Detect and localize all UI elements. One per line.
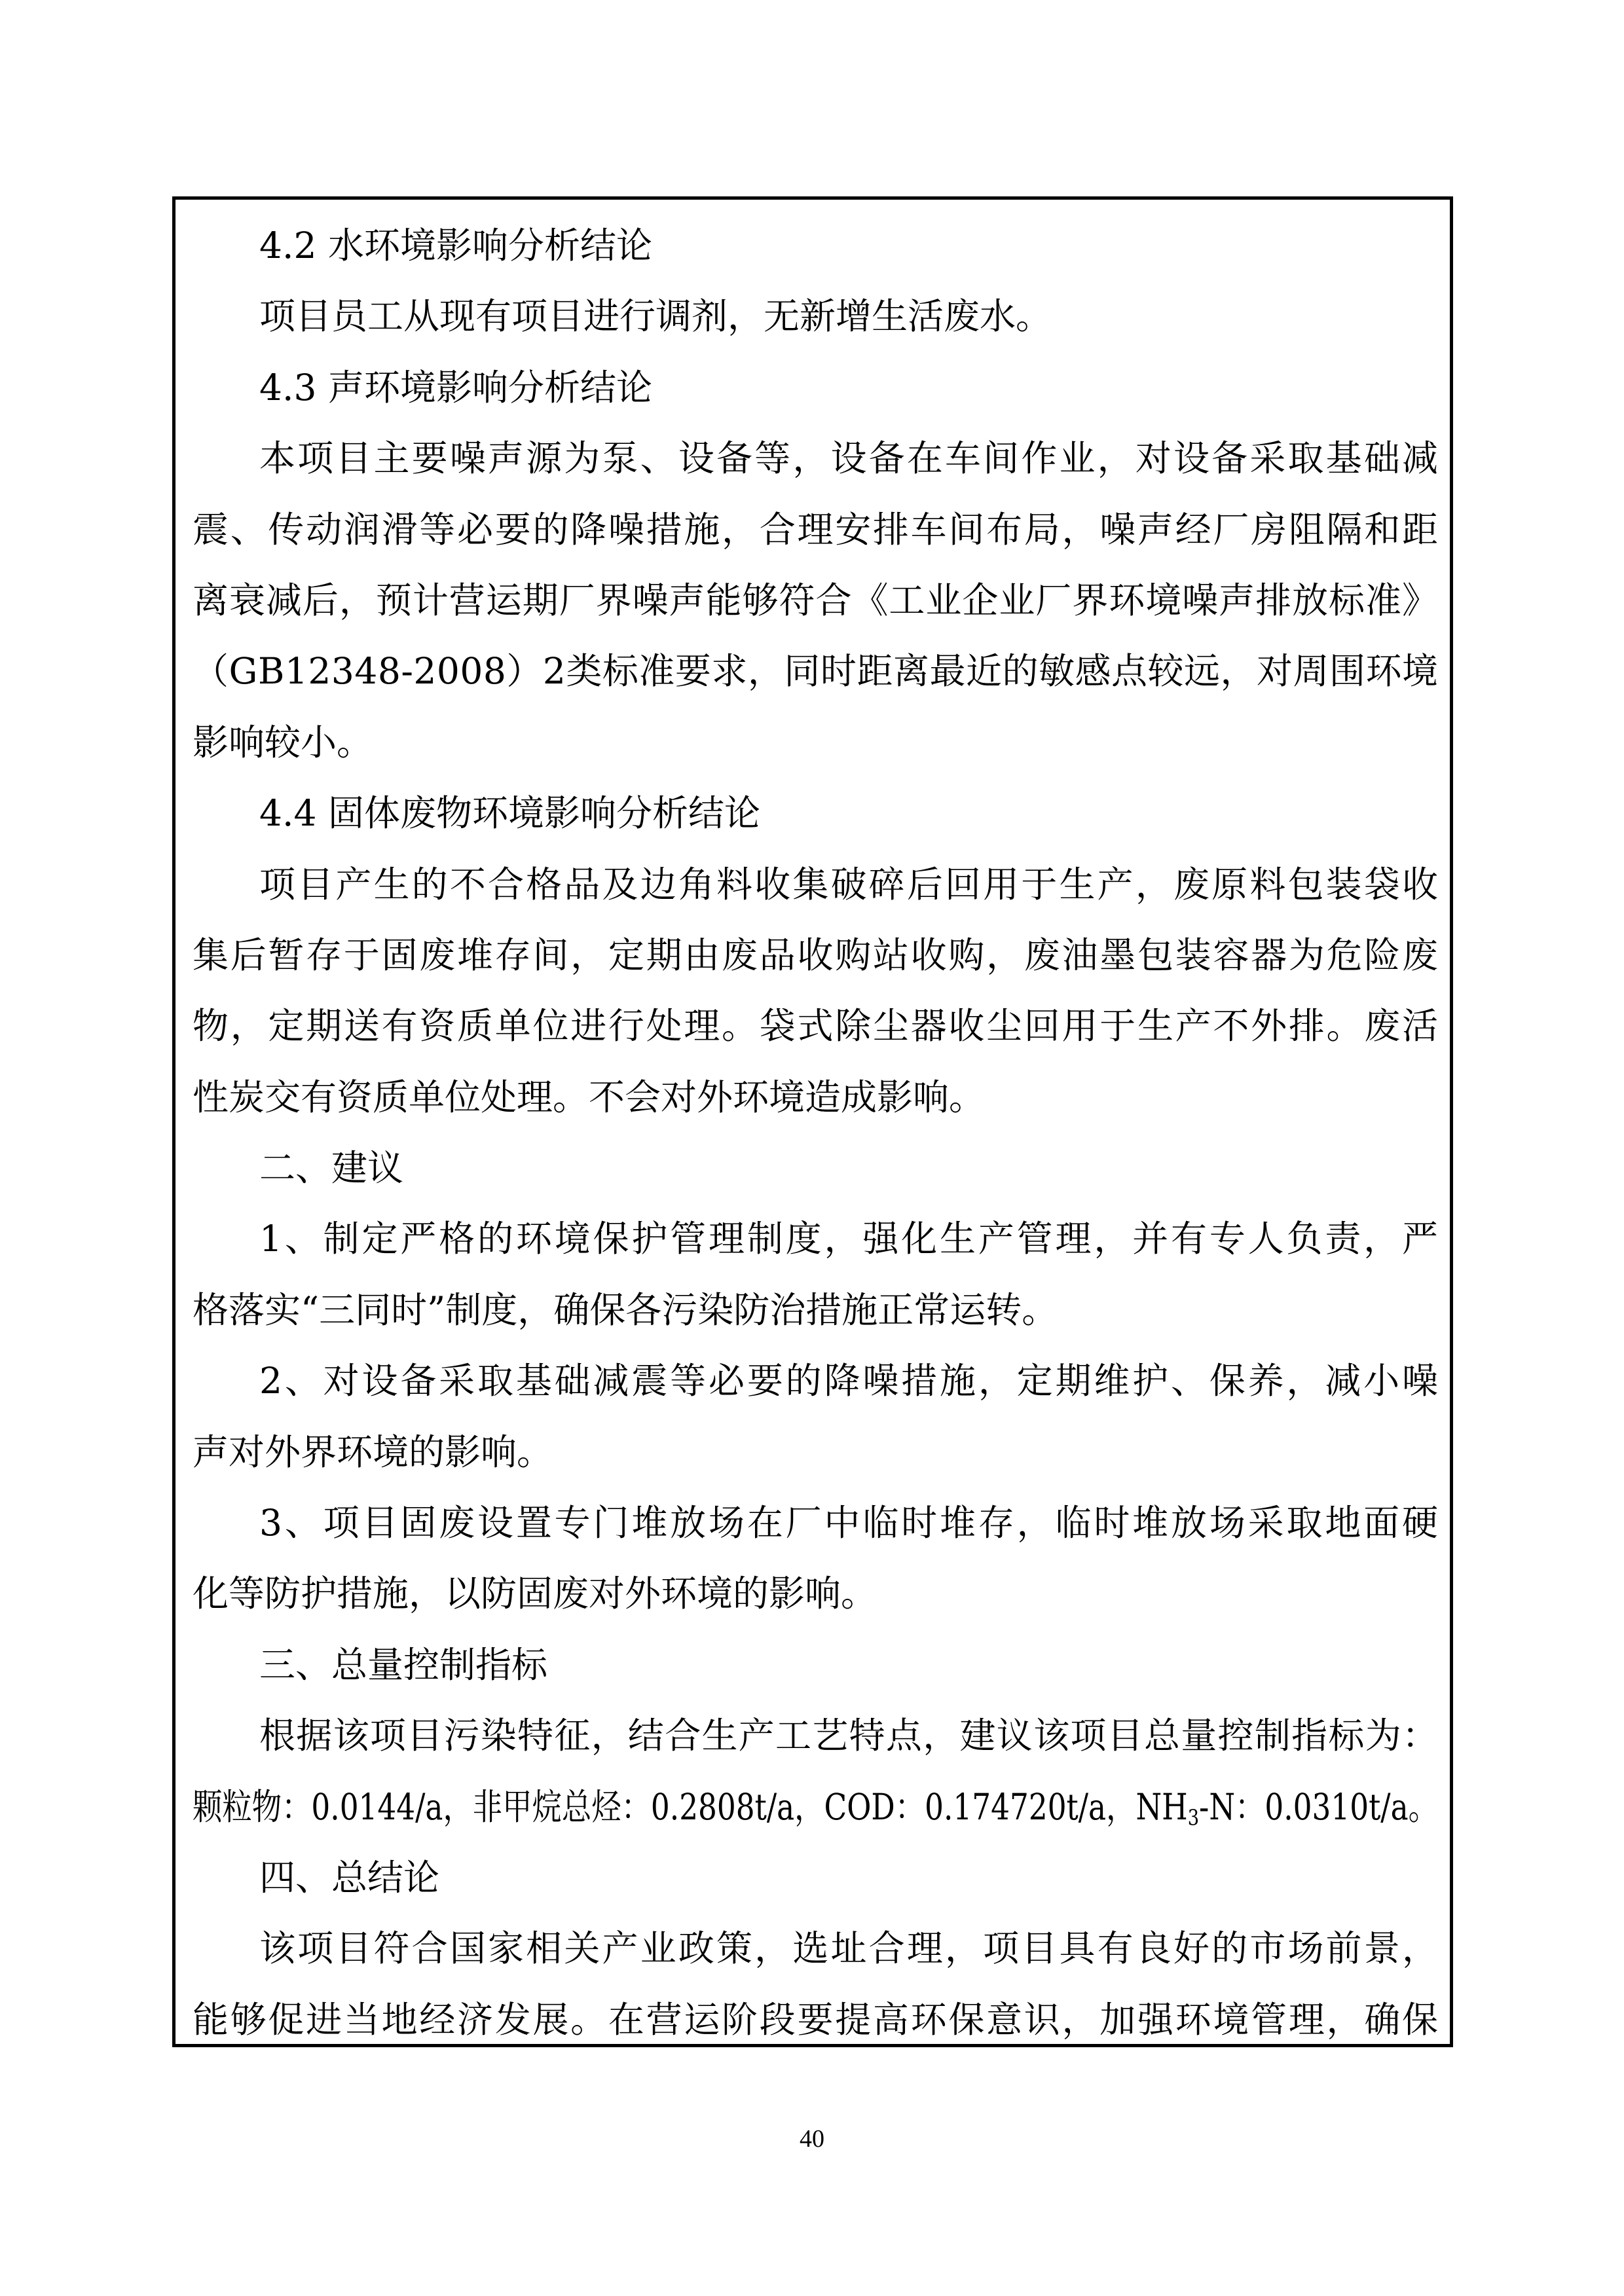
paragraph-noise-line: （GB12348-2008）2类标准要求，同时距离最近的敏感点较远，对周围环境	[193, 636, 1438, 706]
total-control-indicators: 颗粒物：0.0144/a，非甲烷总烃：0.2808t/a，COD：0.17472…	[193, 1772, 1438, 1842]
heading-4-3: 4.3 声环境影响分析结论	[193, 352, 1438, 423]
paragraph-solid-waste-line: 物，定期送有资质单位进行处理。袋式除尘器收尘回用于生产不外排。废活	[193, 991, 1438, 1061]
heading-4-2: 4.2 水环境影响分析结论	[193, 210, 1438, 281]
conclusion-line: 该项目符合国家相关产业政策，选址合理，项目具有良好的市场前景，	[193, 1913, 1438, 1984]
paragraph-noise-line: 离衰减后，预计营运期厂界噪声能够符合《工业企业厂界环境噪声排放标准》	[193, 565, 1438, 636]
paragraph-noise-line: 震、传动润滑等必要的降噪措施，合理安排车间布局，噪声经厂房阻隔和距	[193, 494, 1438, 565]
paragraph-noise-line: 本项目主要噪声源为泵、设备等，设备在车间作业，对设备采取基础减	[193, 423, 1438, 494]
paragraph-solid-waste-line: 性炭交有资质单位处理。不会对外环境造成影响。	[193, 1062, 1438, 1133]
suggestion-3-line: 化等防护措施，以防固废对外环境的影响。	[193, 1558, 1438, 1629]
suggestion-1-line: 1、制定严格的环境保护管理制度，强化生产管理，并有专人负责，严	[193, 1203, 1438, 1274]
paragraph-solid-waste-line: 集后暂存于固废堆存间，定期由废品收购站收购，废油墨包装容器为危险废	[193, 920, 1438, 991]
heading-4-4: 4.4 固体废物环境影响分析结论	[193, 778, 1438, 848]
heading-suggestions: 二、建议	[193, 1133, 1438, 1203]
heading-conclusion: 四、总结论	[193, 1842, 1438, 1913]
suggestion-3-line: 3、项目固废设置专门堆放场在厂中临时堆存，临时堆放场采取地面硬	[193, 1487, 1438, 1558]
page-number: 40	[0, 2124, 1624, 2153]
paragraph-noise-line: 影响较小。	[193, 707, 1438, 778]
conclusion-line: 能够促进当地经济发展。在营运阶段要提高环保意识，加强环境管理，确保	[193, 1984, 1438, 2055]
paragraph-water: 项目员工从现有项目进行调剂，无新增生活废水。	[193, 281, 1438, 352]
content-frame: 4.2 水环境影响分析结论 项目员工从现有项目进行调剂，无新增生活废水。 4.3…	[172, 196, 1453, 2047]
report-body: 4.2 水环境影响分析结论 项目员工从现有项目进行调剂，无新增生活废水。 4.3…	[193, 210, 1438, 2055]
suggestion-2-line: 声对外界环境的影响。	[193, 1417, 1438, 1487]
paragraph-solid-waste-line: 项目产生的不合格品及边角料收集破碎后回用于生产，废原料包装袋收	[193, 849, 1438, 920]
subscript-3: 3	[1188, 1804, 1199, 1830]
suggestion-1-line: 格落实“三同时”制度，确保各污染防治措施正常运转。	[193, 1275, 1438, 1345]
suggestion-2-line: 2、对设备采取基础减震等必要的降噪措施，定期维护、保养，减小噪	[193, 1345, 1438, 1416]
heading-total-control: 三、总量控制指标	[193, 1630, 1438, 1700]
total-control-intro: 根据该项目污染特征，结合生产工艺特点，建议该项目总量控制指标为：	[193, 1700, 1438, 1771]
